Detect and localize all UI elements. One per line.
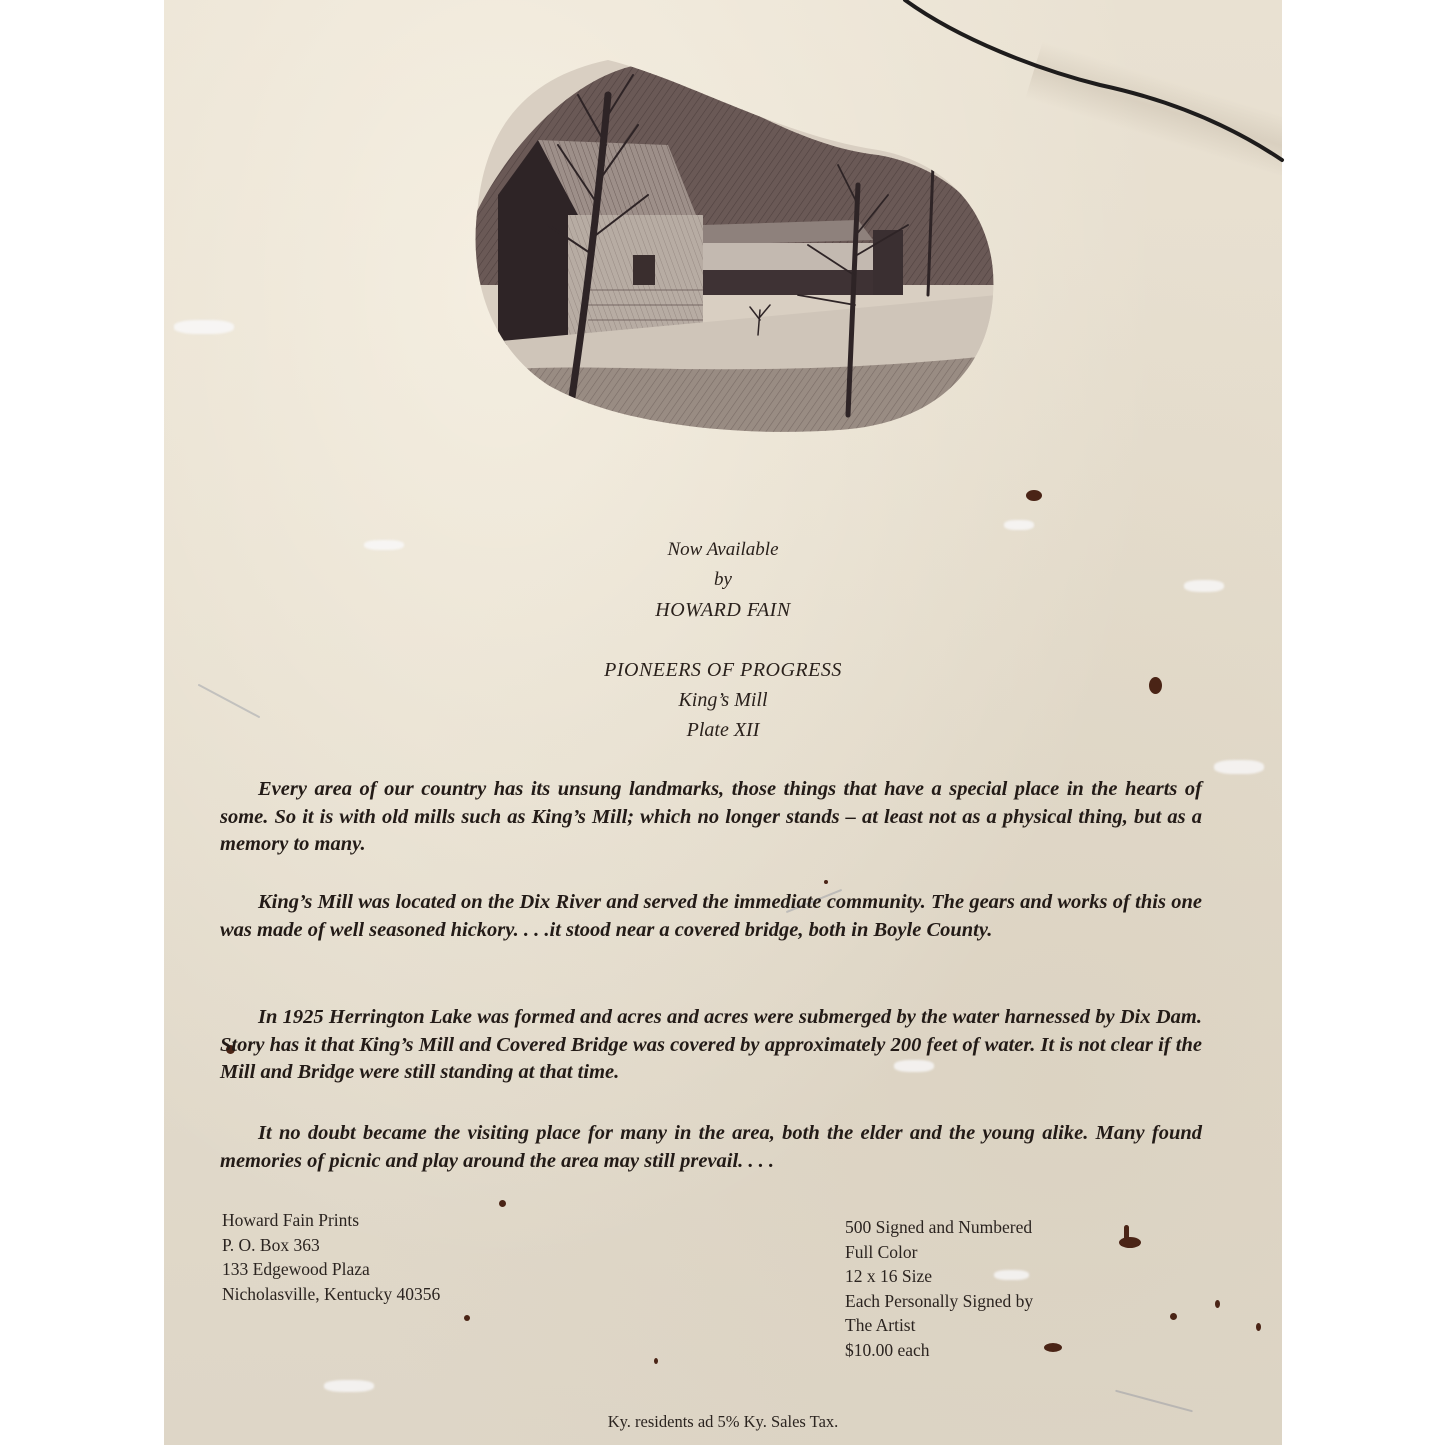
stain-mark [464,1315,470,1321]
publisher-city: Nicholasville, Kentucky 40356 [222,1282,440,1307]
sales-tax-note: Ky. residents ad 5% Ky. Sales Tax. [164,1412,1282,1432]
paper-flaking [1214,760,1264,774]
artist-name: HOWARD FAIN [164,595,1282,625]
paper-flaking [174,320,234,334]
edition-size: 12 x 16 Size [845,1264,1033,1289]
mill-etching-illustration [458,55,998,435]
stain-mark [1170,1313,1177,1320]
edition-color: Full Color [845,1240,1033,1265]
paragraph-text: In 1925 Herrington Lake was formed and a… [220,1004,1202,1087]
stain-mark [1026,490,1042,501]
paper-scratch [1115,1390,1193,1413]
print-subject: King’s Mill [164,685,1282,715]
stain-mark [1119,1237,1141,1248]
publisher-name: Howard Fain Prints [222,1208,440,1233]
paper-flaking [324,1380,374,1392]
stain-mark [1256,1323,1261,1331]
paragraph-2: King’s Mill was located on the Dix River… [220,889,1202,944]
paper-crease [1025,41,1282,221]
publisher-street: 133 Edgewood Plaza [222,1257,440,1282]
edition-signed: Each Personally Signed by [845,1289,1033,1314]
plate-number: Plate XII [164,715,1282,745]
stain-mark [1215,1300,1220,1308]
edition-signed-by: The Artist [845,1313,1033,1338]
print-title-block: PIONEERS OF PROGRESS King’s Mill Plate X… [164,655,1282,745]
paragraph-text: Every area of our country has its unsung… [220,776,1202,859]
paragraph-3: In 1925 Herrington Lake was formed and a… [220,1004,1202,1087]
edition-price: $10.00 each [845,1338,1033,1363]
paragraph-text: King’s Mill was located on the Dix River… [220,889,1202,944]
announcement-header: Now Available by HOWARD FAIN [164,535,1282,625]
paragraph-1: Every area of our country has its unsung… [220,776,1202,859]
paper-flaking [1004,520,1034,530]
stain-mark [824,880,828,884]
stain-mark [654,1358,658,1364]
edition-details: 500 Signed and Numbered Full Color 12 x … [845,1215,1033,1362]
publisher-po-box: P. O. Box 363 [222,1233,440,1258]
publisher-address: Howard Fain Prints P. O. Box 363 133 Edg… [222,1208,440,1306]
paragraph-text: It no doubt became the visiting place fo… [220,1120,1202,1175]
stain-mark [1044,1343,1062,1352]
series-title: PIONEERS OF PROGRESS [164,655,1282,685]
header-now-available: Now Available [164,535,1282,565]
edition-count: 500 Signed and Numbered [845,1215,1033,1240]
header-by: by [164,565,1282,595]
paragraph-4: It no doubt became the visiting place fo… [220,1120,1202,1175]
etching-drawing [458,55,998,435]
stain-mark [1124,1225,1129,1245]
stain-mark [499,1200,506,1207]
